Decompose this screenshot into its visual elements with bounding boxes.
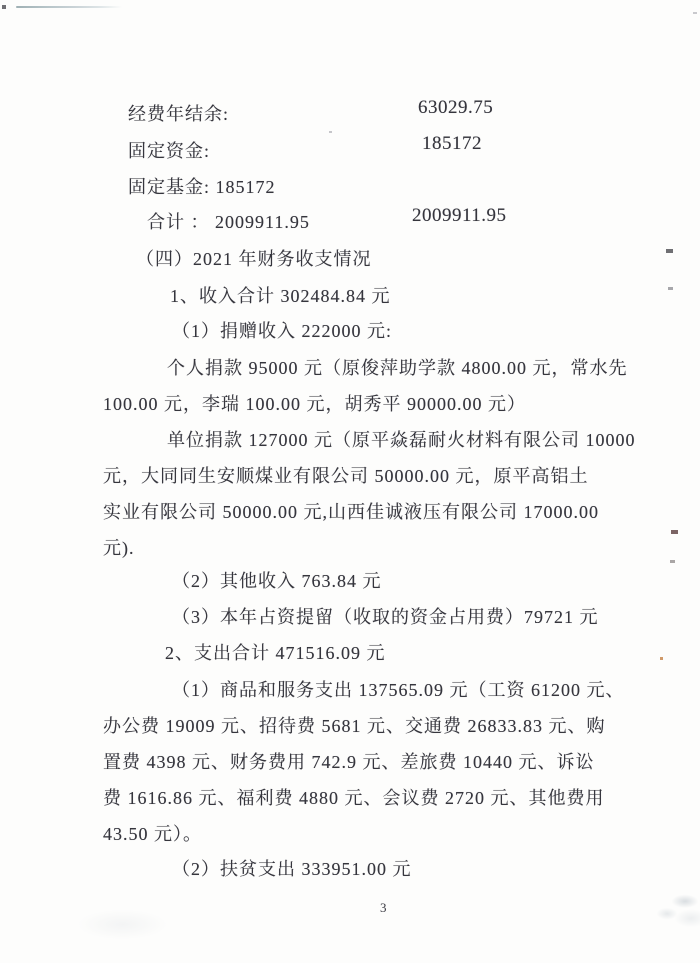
ink-speck <box>668 287 673 290</box>
ink-speck <box>329 131 332 133</box>
text-line: 1、收入合计 302484.84 元 <box>170 283 391 309</box>
text-line: （2）其他收入 763.84 元 <box>172 568 382 594</box>
summary-value: 2009911.95 <box>412 205 507 227</box>
text-line: （3）本年占资提留（收取的资金占用费）79721 元 <box>172 604 599 630</box>
ink-speck <box>671 530 678 534</box>
text-line: 置费 4398 元、财务费用 742.9 元、差旅费 10440 元、诉讼 <box>103 749 595 775</box>
summary-label: 固定基金: 185172 <box>128 174 276 200</box>
section-heading: （四）2021 年财务收支情况 <box>136 246 372 272</box>
ink-speck <box>670 560 675 563</box>
text-line: 2、支出合计 471516.09 元 <box>165 640 386 666</box>
text-line: 单位捐款 127000 元（原平焱磊耐火材料有限公司 10000 <box>167 427 636 453</box>
summary-value: 185172 <box>422 133 482 155</box>
text-line: （2）扶贫支出 333951.00 元 <box>172 856 412 882</box>
page-number: 3 <box>380 900 387 916</box>
summary-value: 63029.75 <box>418 97 493 119</box>
scan-smudge <box>640 893 700 939</box>
scanned-document-page: 经费年结余: 63029.75 固定资金: 185172 固定基金: 18517… <box>0 0 700 963</box>
summary-label: 合计 ： 2009911.95 <box>147 209 310 235</box>
ink-speck <box>666 249 673 253</box>
scan-line-artifact <box>16 6 122 8</box>
ink-speck <box>660 657 663 660</box>
text-line: 43.50 元）。 <box>103 821 202 847</box>
text-line: （1）捐赠收入 222000 元: <box>172 318 392 344</box>
text-line: 费 1616.86 元、福利费 4880 元、会议费 2720 元、其他费用 <box>103 785 605 811</box>
text-line: 元). <box>103 535 135 561</box>
scan-smudge <box>55 903 205 951</box>
text-line: （1）商品和服务支出 137565.09 元（工资 61200 元、 <box>172 677 625 703</box>
summary-label: 经费年结余: <box>128 101 229 127</box>
ink-speck <box>2 5 6 9</box>
text-line: 个人捐款 95000 元（原俊萍助学款 4800.00 元，常水先 <box>167 355 628 381</box>
summary-label: 固定资金: <box>128 138 210 164</box>
text-line: 办公费 19009 元、招待费 5681 元、交通费 26833.83 元、购 <box>103 713 606 739</box>
text-line: 元，大同同生安顺煤业有限公司 50000.00 元，原平高铝土 <box>103 463 589 489</box>
text-line: 100.00 元，李瑞 100.00 元，胡秀平 90000.00 元） <box>103 391 526 417</box>
text-line: 实业有限公司 50000.00 元,山西佳诚液压有限公司 17000.00 <box>103 499 599 525</box>
ink-speck <box>693 12 697 14</box>
